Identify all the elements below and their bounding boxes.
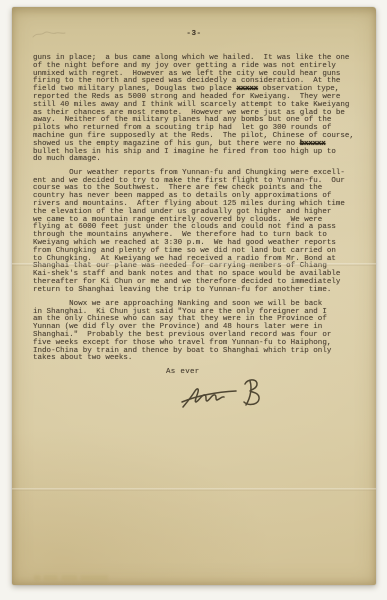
line-text-pre: showed us the empty magazine of his gun,… <box>33 140 300 148</box>
closing-salutation: As ever <box>166 368 200 376</box>
letter-body: guns in place; a bus came along which we… <box>33 55 363 363</box>
paragraph-1-part-c: bullet holes in his ship and I imagine h… <box>33 149 363 165</box>
page-number: -3- <box>12 30 376 38</box>
line-text-pre: field two military planes, Douglas two p… <box>33 85 236 93</box>
struck-out-word: xxxxx <box>236 85 258 93</box>
faint-stamp-smudge <box>34 575 108 581</box>
paragraph-3: Nowx we are approaching Nanking and soon… <box>33 301 363 363</box>
fold-crease-lower <box>12 488 376 491</box>
paragraph-2: Our weather reports from Yunnan-fu and C… <box>33 170 363 295</box>
handwritten-signature-icon <box>178 376 278 414</box>
letter-page: -3- guns in place; a bus came along whic… <box>12 7 376 585</box>
line-text-post: observation type, <box>258 85 339 93</box>
paragraph-1-part-a: guns in place; a bus came along which we… <box>33 55 363 86</box>
struck-out-word: bxxxxx <box>300 140 326 148</box>
paragraph-1-part-b: reported the Reds as 5000 strong and hea… <box>33 94 363 141</box>
